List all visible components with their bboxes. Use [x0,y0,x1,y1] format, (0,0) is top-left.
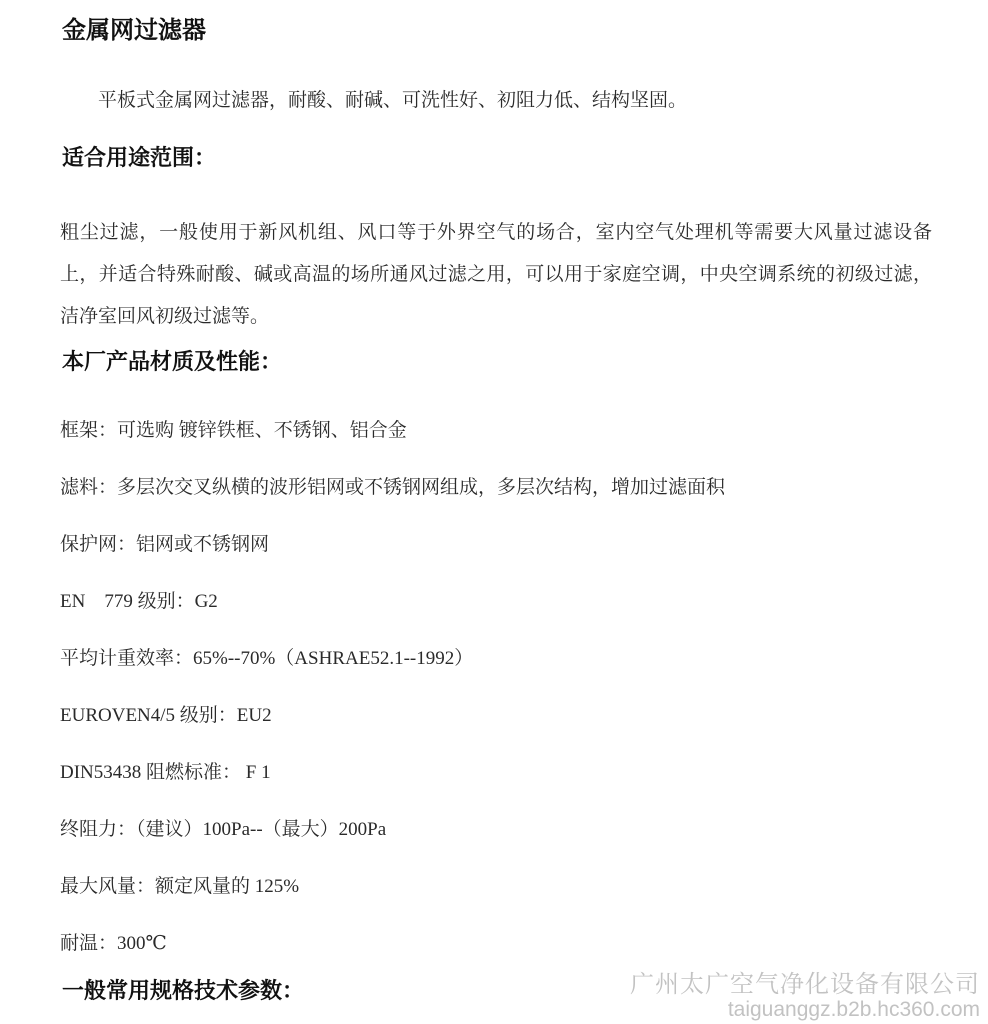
watermark-site-url: taiguanggz.b2b.hc360.com [630,997,980,1022]
usage-section-heading: 适合用途范围： [62,144,932,172]
spec-line-protective-mesh: 保护网：铝网或不锈钢网 [60,532,932,558]
spec-line-max-airflow: 最大风量：额定风量的 125% [60,874,932,900]
spec-line-temperature-resistance: 耐温：300℃ [60,931,932,957]
usage-paragraph: 粗尘过滤，一般使用于新风机组、风口等于外界空气的场合，室内空气处理机等需要大风量… [60,212,932,338]
watermark-company-name: 广州太广空气净化设备有限公司 [630,972,980,997]
spec-line-frame: 框架：可选购 镀锌铁框、不锈钢、铝合金 [60,418,932,444]
watermark: 广州太广空气净化设备有限公司 taiguanggz.b2b.hc360.com [630,972,980,1022]
spec-line-eurovent-grade: EUROVEN4/5 级别：EU2 [60,703,932,729]
document-page: 金属网过滤器 平板式金属网过滤器，耐酸、耐碱、可洗性好、初阻力低、结构坚固。 适… [0,0,988,1024]
spec-line-avg-efficiency: 平均计重效率：65%--70%（ASHRAE52.1--1992） [60,646,932,672]
spec-line-en779-grade: EN 779 级别：G2 [60,589,932,615]
intro-paragraph: 平板式金属网过滤器，耐酸、耐碱、可洗性好、初阻力低、结构坚固。 [60,88,932,114]
material-section-heading: 本厂产品材质及性能： [62,348,932,376]
spec-line-media: 滤料：多层次交叉纵横的波形铝网或不锈钢网组成，多层次结构，增加过滤面积 [60,475,932,501]
spec-line-din-flammability: DIN53438 阻燃标准： F 1 [60,760,932,786]
document-title: 金属网过滤器 [62,16,932,46]
spec-line-final-resistance: 终阻力：（建议）100Pa--（最大）200Pa [60,817,932,843]
